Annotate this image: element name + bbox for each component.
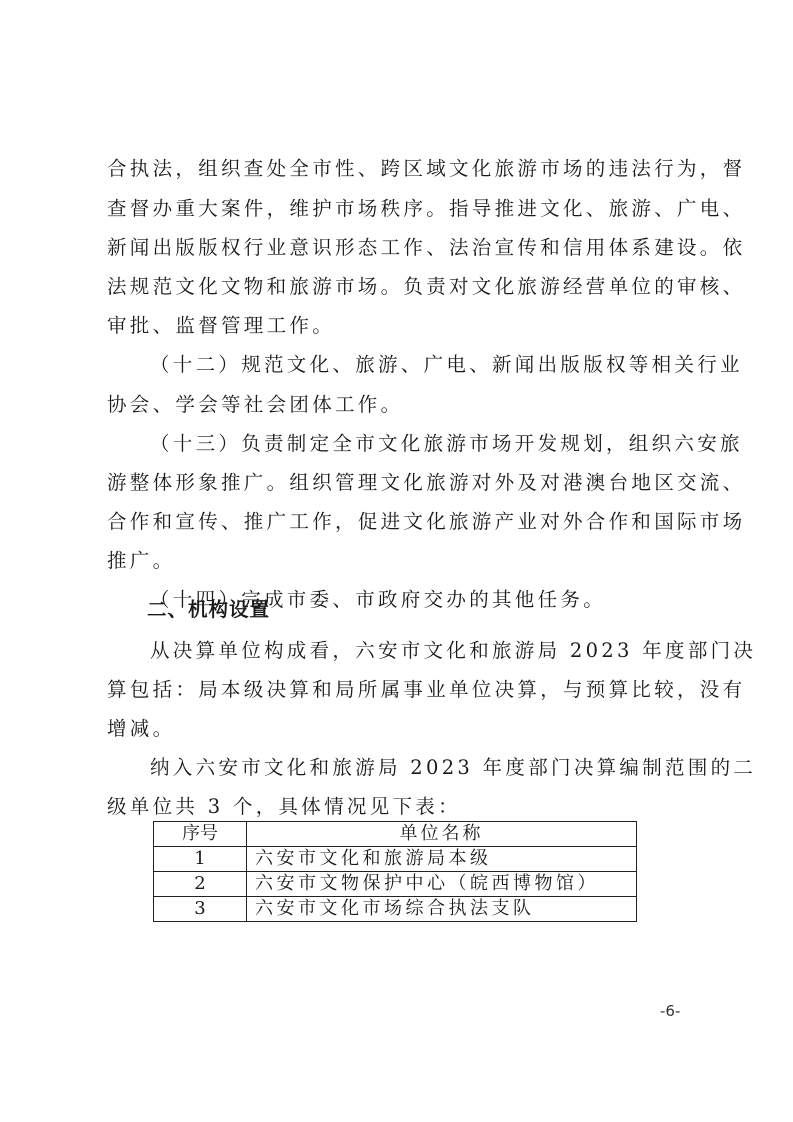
units-table: 序号 单位名称 1 六安市文化和旅游局本级 2 六安市文物保护中心（皖西博物馆）… <box>153 821 637 922</box>
item-13-line: （十三）负责制定全市文化旅游市场开发规划，组织六安旅 <box>150 430 730 458</box>
item-12-line: （十二）规范文化、旅游、广电、新闻出版版权等相关行业 <box>150 351 730 379</box>
item-13-line: 游整体形象推广。组织管理文化旅游对外及对港澳台地区交流、 <box>107 469 687 497</box>
paragraph-line: 查督办重大案件，维护市场秩序。指导推进文化、旅游、广电、 <box>107 195 687 223</box>
document-page: 合执法，组织查处全市性、跨区域文化旅游市场的违法行为，督 查督办重大案件，维护市… <box>0 0 793 1122</box>
cell-seq-no: 3 <box>154 897 247 922</box>
cell-unit-name: 六安市文物保护中心（皖西博物馆） <box>247 872 637 897</box>
header-seq-no: 序号 <box>154 822 247 847</box>
cell-unit-name: 六安市文化市场综合执法支队 <box>247 897 637 922</box>
section-para-2-line: 级单位共 3 个，具体情况见下表： <box>107 793 687 821</box>
item-12-line: 协会、学会等社会团体工作。 <box>107 391 687 419</box>
table-header-row: 序号 单位名称 <box>154 822 637 847</box>
paragraph-line: 合执法，组织查处全市性、跨区域文化旅游市场的违法行为，督 <box>107 155 687 183</box>
section-para-1-line: 增减。 <box>107 715 687 743</box>
section-para-1-line: 从决算单位构成看，六安市文化和旅游局 2023 年度部门决 <box>150 637 730 665</box>
table-row: 3 六安市文化市场综合执法支队 <box>154 897 637 922</box>
cell-unit-name: 六安市文化和旅游局本级 <box>247 847 637 872</box>
item-13-line: 合作和宣传、推广工作，促进文化旅游产业对外合作和国际市场 <box>107 508 687 536</box>
paragraph-line: 新闻出版版权行业意识形态工作、法治宣传和信用体系建设。依 <box>107 234 687 262</box>
section-para-1-line: 算包括：局本级决算和局所属事业单位决算，与预算比较，没有 <box>107 676 687 704</box>
paragraph-line: 法规范文化文物和旅游市场。负责对文化旅游经营单位的审核、 <box>107 273 687 301</box>
paragraph-line: 审批、监督管理工作。 <box>107 312 687 340</box>
table-row: 1 六安市文化和旅游局本级 <box>154 847 637 872</box>
table-row: 2 六安市文物保护中心（皖西博物馆） <box>154 872 637 897</box>
section-heading: 二、机构设置 <box>147 596 270 624</box>
cell-seq-no: 2 <box>154 872 247 897</box>
cell-seq-no: 1 <box>154 847 247 872</box>
item-13-line: 推广。 <box>107 547 687 575</box>
section-para-2-line: 纳入六安市文化和旅游局 2023 年度部门决算编制范围的二 <box>150 754 730 782</box>
page-number: -6- <box>660 1002 680 1020</box>
header-unit-name: 单位名称 <box>247 822 637 847</box>
